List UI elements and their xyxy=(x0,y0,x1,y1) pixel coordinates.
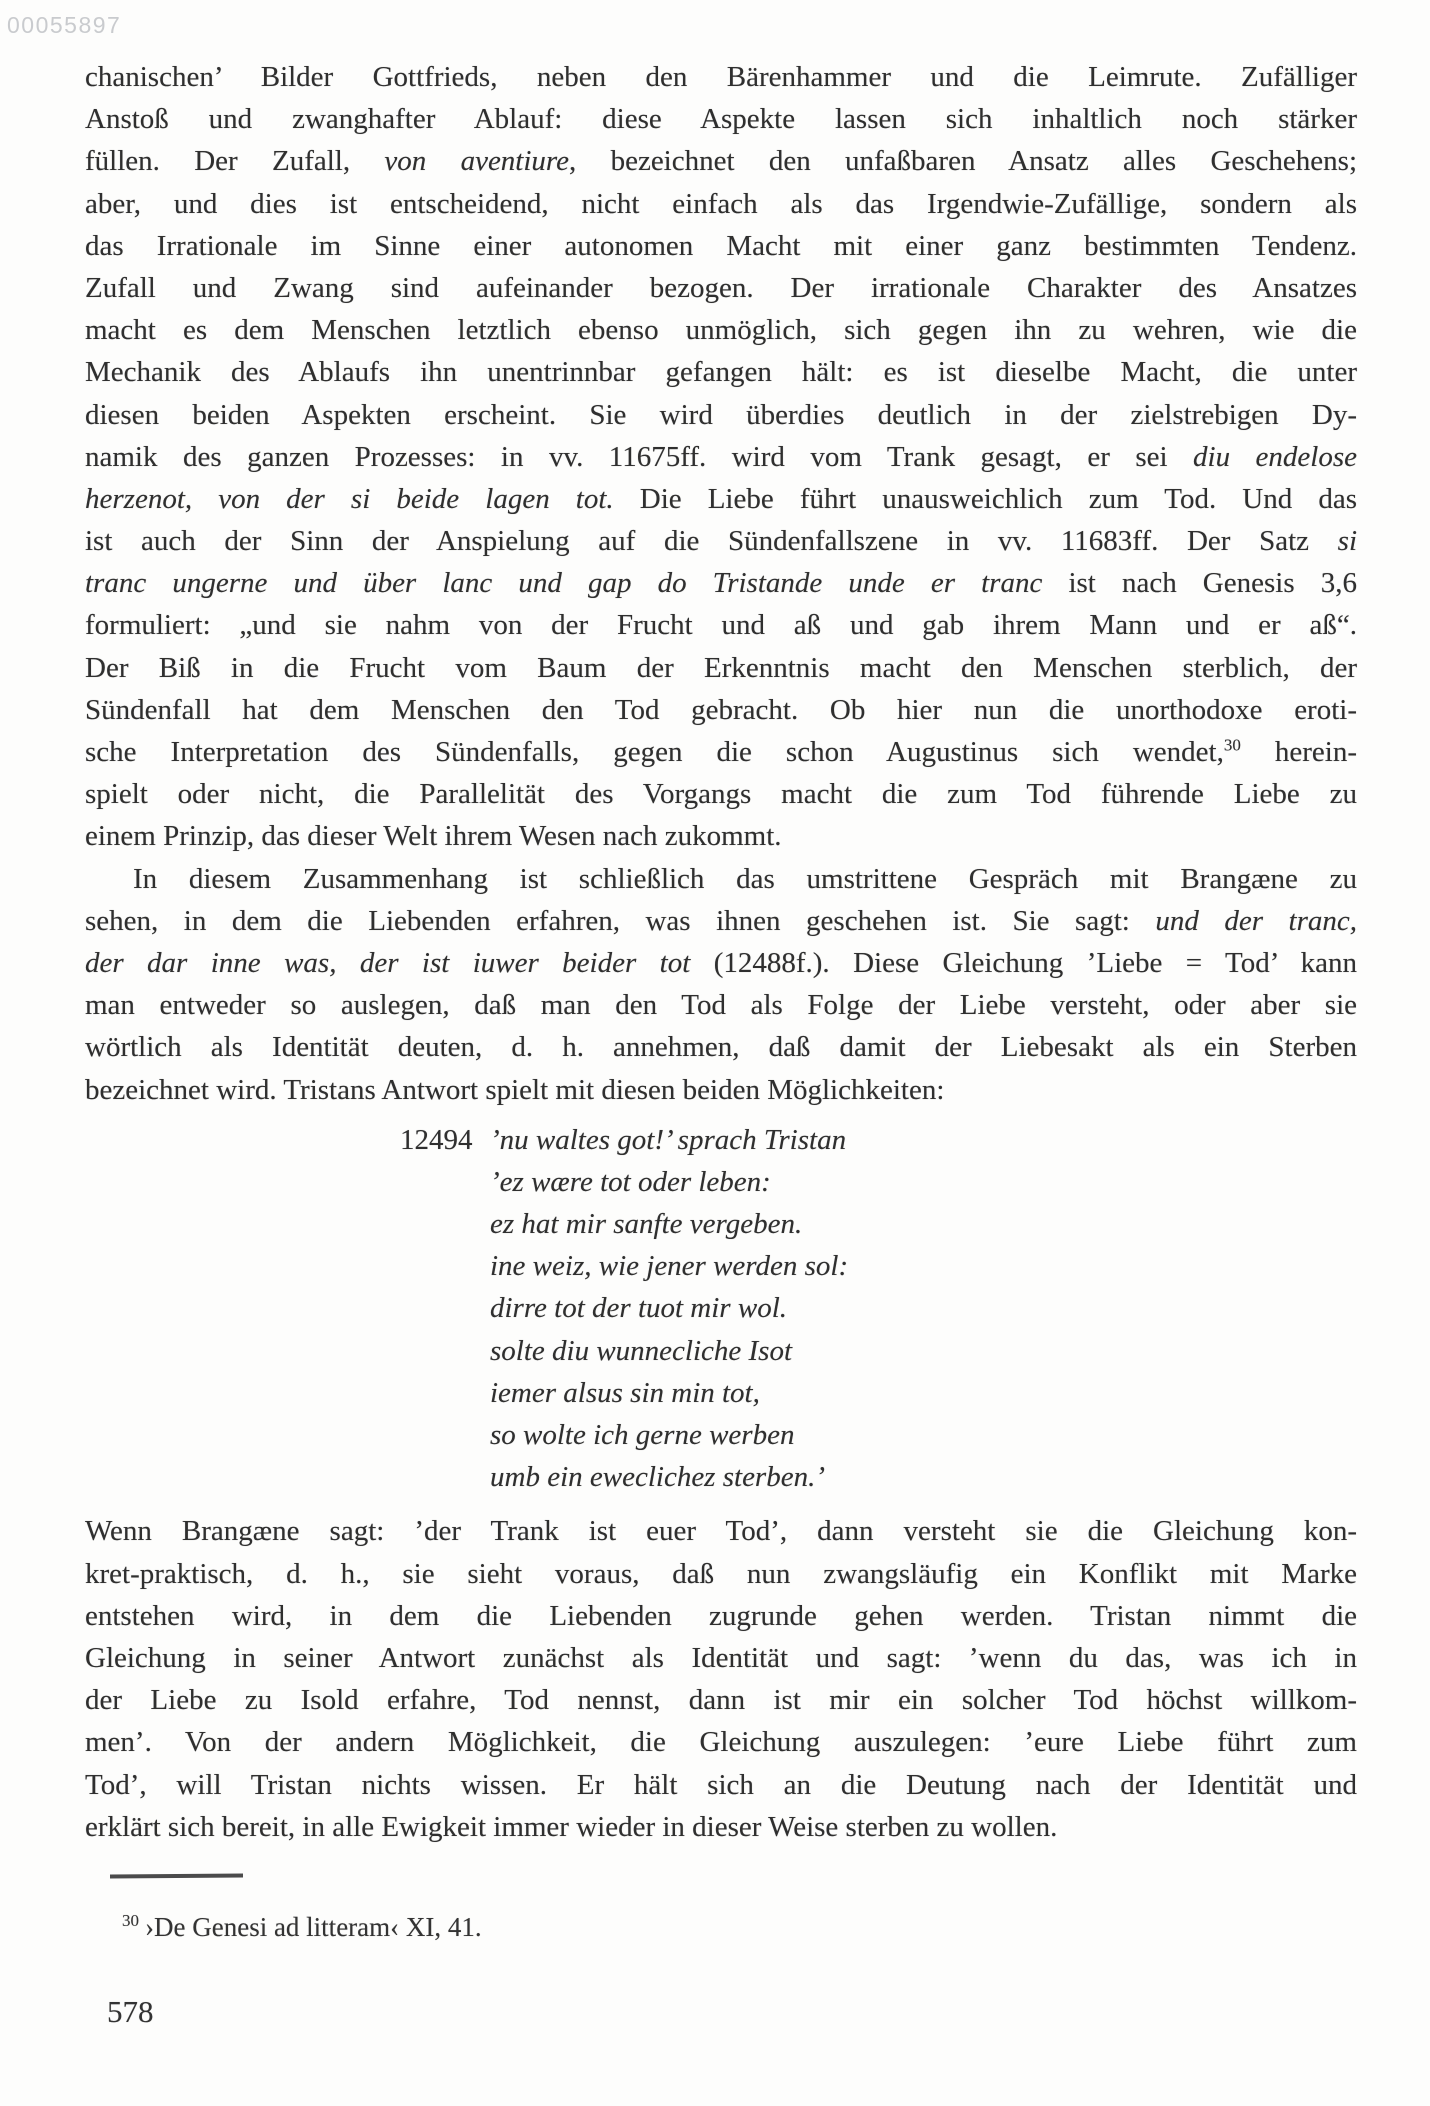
text-line: In diesem Zusammenhang ist schließlich d… xyxy=(85,858,1357,900)
text-line: kret-praktisch, d. h., sie sieht voraus,… xyxy=(85,1553,1357,1595)
paragraph: chanischen’ Bilder Gottfrieds, neben den… xyxy=(85,56,1357,858)
text-line: entstehen wird, in dem die Liebenden zug… xyxy=(85,1595,1357,1637)
verse-line: dirre tot der tuot mir wol. xyxy=(400,1287,1357,1329)
text-line: der Liebe zu Isold erfahre, Tod nennst, … xyxy=(85,1679,1357,1721)
text-line: erklärt sich bereit, in alle Ewigkeit im… xyxy=(85,1806,1357,1848)
scanned-page: { "colors": { "background": "#fdfdfc", "… xyxy=(0,0,1430,2106)
footnote-divider xyxy=(110,1874,243,1879)
body-text: chanischen’ Bilder Gottfrieds, neben den… xyxy=(85,56,1357,1848)
text-line: men’. Von der andern Möglichkeit, die Gl… xyxy=(85,1721,1357,1763)
text-line: Tod’, will Tristan nichts wissen. Er häl… xyxy=(85,1764,1357,1806)
verse-line: so wolte ich gerne werben xyxy=(400,1414,1357,1456)
text-line: sehen, in dem die Liebenden erfahren, wa… xyxy=(85,900,1357,942)
verse-line: ’ez wære tot oder leben: xyxy=(400,1161,1357,1203)
verse-line: ’nu waltes got!’ sprach Tristan xyxy=(400,1119,1357,1161)
page-number: 578 xyxy=(107,1994,154,2030)
verse-line: iemer alsus sin min tot, xyxy=(400,1372,1357,1414)
text-line: Mechanik des Ablaufs ihn unentrinnbar ge… xyxy=(85,351,1357,393)
footnote-marker: 30 xyxy=(122,1911,139,1930)
text-line: Zufall und Zwang sind aufeinander bezoge… xyxy=(85,267,1357,309)
text-line: einem Prinzip, das dieser Welt ihrem Wes… xyxy=(85,815,1357,857)
text-line: Anstoß und zwanghafter Ablauf: diese Asp… xyxy=(85,98,1357,140)
text-line: Der Biß in die Frucht vom Baum der Erken… xyxy=(85,647,1357,689)
text-line: wörtlich als Identität deuten, d. h. ann… xyxy=(85,1026,1357,1068)
text-line: diesen beiden Aspekten erscheint. Sie wi… xyxy=(85,394,1357,436)
text-line: aber, und dies ist entscheidend, nicht e… xyxy=(85,183,1357,225)
text-line: man entweder so auslegen, daß man den To… xyxy=(85,984,1357,1026)
text-line: füllen. Der Zufall, von aventiure, bezei… xyxy=(85,140,1357,182)
text-line: formuliert: „und sie nahm von der Frucht… xyxy=(85,604,1357,646)
verse-quote: 12494’nu waltes got!’ sprach Tristan’ez … xyxy=(400,1119,1357,1499)
verse-number: 12494 xyxy=(400,1119,473,1161)
footnote-text: ›De Genesi ad litteram‹ XI, 41. xyxy=(145,1912,482,1942)
text-line: sche Interpretation des Sündenfalls, geg… xyxy=(85,731,1357,773)
text-line: Sündenfall hat dem Menschen den Tod gebr… xyxy=(85,689,1357,731)
verse-line: umb ein eweclichez sterben.’ xyxy=(400,1456,1357,1498)
paragraph: Wenn Brangæne sagt: ’der Trank ist euer … xyxy=(85,1510,1357,1848)
verse-line: solte diu wunnecliche Isot xyxy=(400,1330,1357,1372)
text-line: ist auch der Sinn der Anspielung auf die… xyxy=(85,520,1357,562)
text-line: Wenn Brangæne sagt: ’der Trank ist euer … xyxy=(85,1510,1357,1552)
text-line: namik des ganzen Prozesses: in vv. 11675… xyxy=(85,436,1357,478)
footnote: 30›De Genesi ad litteram‹ XI, 41. xyxy=(122,1912,482,1943)
verse-line: ine weiz, wie jener werden sol: xyxy=(400,1245,1357,1287)
text-line: macht es dem Menschen letztlich ebenso u… xyxy=(85,309,1357,351)
text-line: chanischen’ Bilder Gottfrieds, neben den… xyxy=(85,56,1357,98)
text-line: Gleichung in seiner Antwort zunächst als… xyxy=(85,1637,1357,1679)
text-line: spielt oder nicht, die Parallelität des … xyxy=(85,773,1357,815)
verse-line: ez hat mir sanfte vergeben. xyxy=(400,1203,1357,1245)
scan-id-watermark: 00055897 xyxy=(7,12,121,39)
text-line: der dar inne was, der ist iuwer beider t… xyxy=(85,942,1357,984)
text-line: bezeichnet wird. Tristans Antwort spielt… xyxy=(85,1069,1357,1111)
text-line: herzenot, von der si beide lagen tot. Di… xyxy=(85,478,1357,520)
paragraph: In diesem Zusammenhang ist schließlich d… xyxy=(85,858,1357,1111)
text-line: tranc ungerne und über lanc und gap do T… xyxy=(85,562,1357,604)
text-line: das Irrationale im Sinne einer autonomen… xyxy=(85,225,1357,267)
